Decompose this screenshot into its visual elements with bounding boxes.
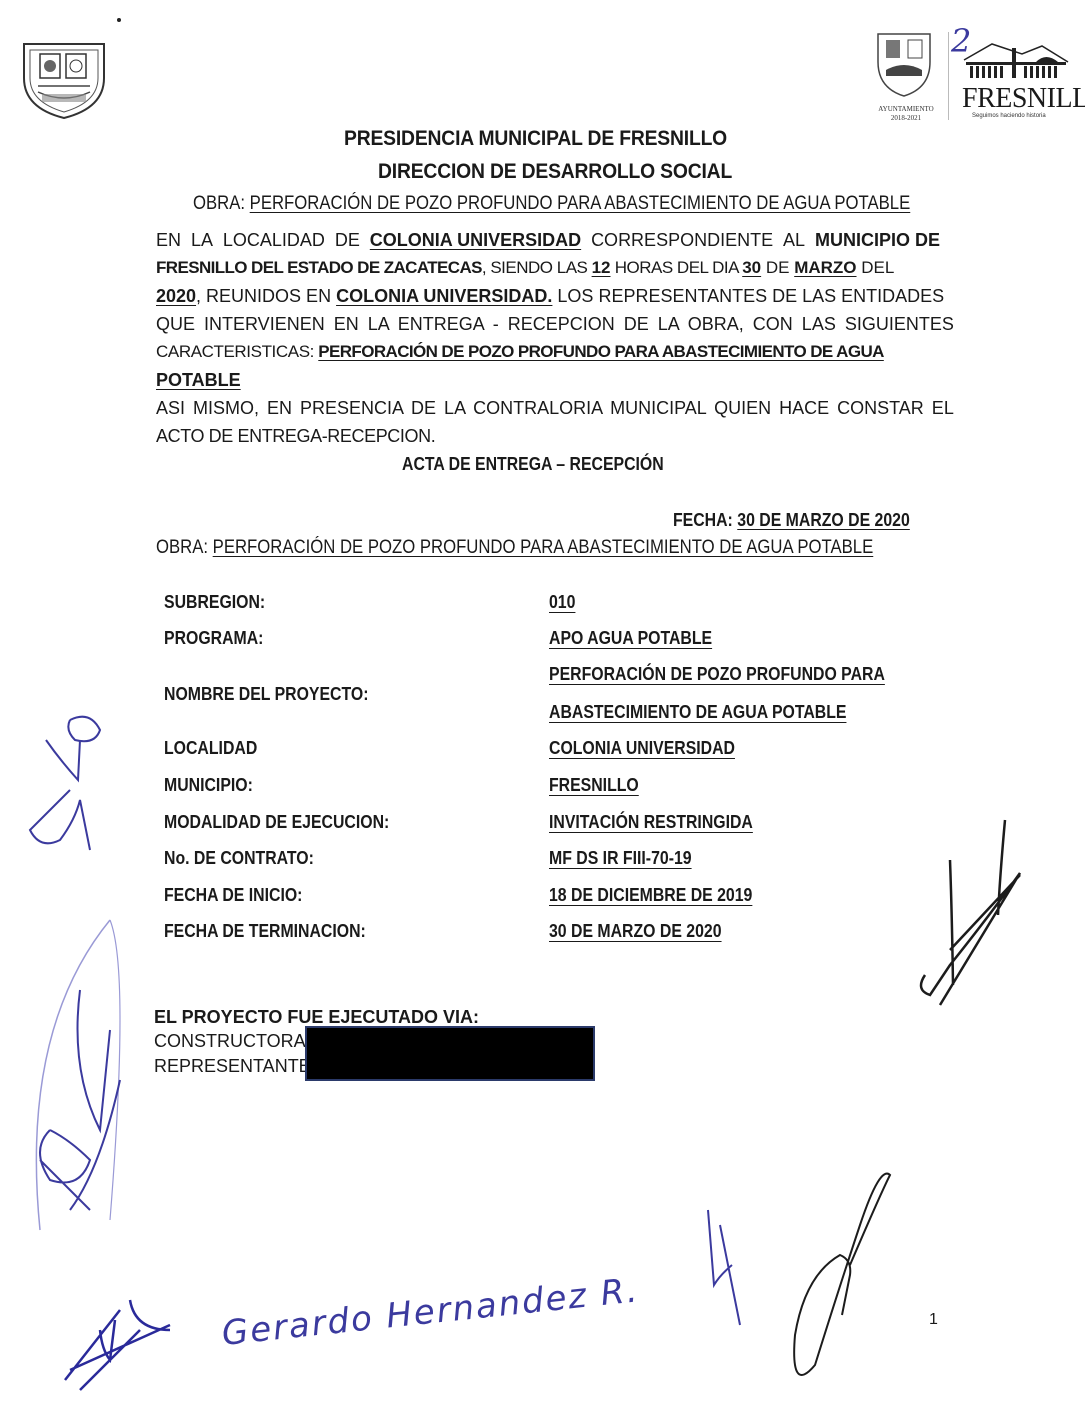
nombre-proyecto-value-line1: PERFORACIÓN DE POZO PROFUNDO PARA bbox=[549, 664, 885, 685]
signature-right bbox=[910, 815, 1040, 1030]
text: CORRESPONDIENTE bbox=[591, 226, 773, 254]
fecha-row: FECHA: 30 DE MARZO DE 2020 bbox=[673, 510, 910, 531]
constructora-label: CONSTRUCTORA: bbox=[154, 1031, 311, 1052]
municipal-seal-right: AYUNTAMIENTO 2018-2021 bbox=[874, 30, 944, 126]
modalidad-value: INVITACIÓN RESTRINGIDA bbox=[549, 812, 753, 833]
signature-icon bbox=[60, 1290, 180, 1400]
building-skyline-icon bbox=[962, 40, 1070, 80]
signature-initial-4 bbox=[700, 1205, 740, 1330]
fecha-value: 30 DE MARZO DE 2020 bbox=[737, 510, 910, 530]
text: DE bbox=[335, 226, 360, 254]
municipal-seal-left bbox=[18, 38, 110, 120]
signature-icon bbox=[910, 815, 1040, 1025]
nombre-proyecto-value-line2: ABASTECIMIENTO DE AGUA POTABLE bbox=[549, 702, 846, 723]
fecha-terminacion-label: FECHA DE TERMINACION: bbox=[164, 921, 366, 942]
vertical-divider bbox=[948, 32, 949, 120]
characteristics-highlight: POTABLE bbox=[156, 366, 241, 394]
month-value: MARZO bbox=[794, 254, 856, 282]
seal-caption: AYUNTAMIENTO 2018-2021 bbox=[874, 105, 938, 123]
text: LA bbox=[191, 226, 213, 254]
fecha-label: FECHA: bbox=[673, 510, 733, 530]
signature-icon bbox=[700, 1205, 740, 1325]
day-value: 30 bbox=[742, 254, 761, 282]
intro-row: 2020 , REUNIDOS EN COLONIA UNIVERSIDAD. … bbox=[156, 282, 940, 310]
hour-value: 12 bbox=[592, 254, 611, 282]
intro-row: QUE INTERVIENEN EN LA ENTREGA - RECEPCIO… bbox=[156, 310, 940, 338]
subregion-label: SUBREGION: bbox=[164, 592, 265, 613]
page-number: 1 bbox=[929, 1311, 938, 1329]
signature-left-bottom bbox=[10, 910, 150, 1245]
text: HORAS DEL DIA bbox=[611, 254, 743, 282]
text: DE bbox=[761, 254, 794, 282]
fresnillo-logo: FRESNILLO Seguimos haciendo historia bbox=[962, 40, 1077, 120]
signature-left-top bbox=[20, 700, 100, 865]
estado-highlight: FRESNILLO DEL ESTADO DE ZACATECAS bbox=[156, 254, 482, 282]
obra-heading: OBRA: PERFORACIÓN DE POZO PROFUNDO PARA … bbox=[193, 193, 910, 215]
text: LOS REPRESENTANTES DE LAS ENTIDADES bbox=[552, 282, 944, 310]
localidad-value: COLONIA UNIVERSIDAD bbox=[549, 738, 735, 759]
text: CARACTERISTICAS: bbox=[156, 338, 318, 366]
intro-row: FRESNILLO DEL ESTADO DE ZACATECAS , SIEN… bbox=[156, 254, 940, 282]
scan-speck bbox=[117, 18, 121, 22]
programa-label: PROGRAMA: bbox=[164, 628, 263, 649]
signature-icon bbox=[770, 1165, 900, 1385]
fecha-inicio-value: 18 DE DICIEMBRE DE 2019 bbox=[549, 885, 752, 906]
text: LOCALIDAD bbox=[223, 226, 325, 254]
text: DEL bbox=[857, 254, 895, 282]
text: ACTO DE ENTREGA-RECEPCION. bbox=[156, 422, 435, 450]
obra-row: OBRA: PERFORACIÓN DE POZO PROFUNDO PARA … bbox=[156, 537, 873, 559]
localidad-highlight: COLONIA UNIVERSIDAD bbox=[370, 226, 581, 254]
characteristics-highlight: PERFORACIÓN DE POZO PROFUNDO PARA ABASTE… bbox=[318, 338, 884, 366]
obra-value: PERFORACIÓN DE POZO PROFUNDO PARA ABASTE… bbox=[213, 537, 874, 558]
obra-label: OBRA: bbox=[193, 193, 245, 214]
intro-row: ACTO DE ENTREGA-RECEPCION. bbox=[156, 422, 940, 450]
text: QUE INTERVIENEN EN LA ENTREGA - RECEPCIO… bbox=[156, 310, 954, 338]
intro-row: ASI MISMO, EN PRESENCIA DE LA CONTRALORI… bbox=[156, 394, 940, 422]
ejecucion-heading: EL PROYECTO FUE EJECUTADO VIA: bbox=[154, 1007, 479, 1028]
text: EN bbox=[156, 226, 181, 254]
text: AL bbox=[783, 226, 805, 254]
signature-icon bbox=[10, 910, 150, 1240]
seal-emblem-icon bbox=[18, 38, 110, 120]
nombre-proyecto-label: NOMBRE DEL PROYECTO: bbox=[164, 684, 368, 705]
signature-bottom-left bbox=[60, 1290, 180, 1405]
fecha-inicio-label: FECHA DE INICIO: bbox=[164, 885, 302, 906]
intro-row: EN LA LOCALIDAD DE COLONIA UNIVERSIDAD C… bbox=[156, 226, 940, 254]
redaction-box bbox=[305, 1026, 595, 1081]
representante-label: REPRESENTANTE bbox=[154, 1056, 311, 1077]
signature-icon bbox=[20, 700, 100, 860]
year-value: 2020 bbox=[156, 282, 196, 310]
intro-row: POTABLE bbox=[156, 366, 940, 394]
page-title: PRESIDENCIA MUNICIPAL DE FRESNILLO bbox=[344, 127, 727, 151]
subregion-value: 010 bbox=[549, 592, 575, 613]
handwritten-name: Gerardo Hernandez R. bbox=[220, 1270, 641, 1354]
intro-paragraph: EN LA LOCALIDAD DE COLONIA UNIVERSIDAD C… bbox=[156, 226, 940, 450]
page-subtitle: DIRECCION DE DESARROLLO SOCIAL bbox=[378, 160, 732, 184]
signature-loop bbox=[770, 1165, 900, 1390]
acta-title: ACTA DE ENTREGA – RECEPCIÓN bbox=[402, 454, 664, 475]
place-highlight: COLONIA UNIVERSIDAD. bbox=[336, 282, 552, 310]
programa-value: APO AGUA POTABLE bbox=[549, 628, 712, 649]
municipio-label: MUNICIPIO: bbox=[164, 775, 253, 796]
modalidad-label: MODALIDAD DE EJECUCION: bbox=[164, 812, 389, 833]
localidad-label: LOCALIDAD bbox=[164, 738, 257, 759]
seal-emblem-icon bbox=[874, 30, 934, 100]
brand-name: FRESNILLO bbox=[962, 85, 1077, 113]
municipio-highlight: MUNICIPIO DE bbox=[815, 226, 940, 254]
intro-row: CARACTERISTICAS: PERFORACIÓN DE POZO PRO… bbox=[156, 338, 940, 366]
text: , REUNIDOS EN bbox=[196, 282, 336, 310]
fecha-terminacion-value: 30 DE MARZO DE 2020 bbox=[549, 921, 722, 942]
text: ASI MISMO, EN PRESENCIA DE LA CONTRALORI… bbox=[156, 394, 954, 422]
obra-label: OBRA: bbox=[156, 537, 208, 558]
contrato-value: MF DS IR FIII-70-19 bbox=[549, 848, 692, 869]
contrato-label: No. DE CONTRATO: bbox=[164, 848, 314, 869]
obra-value: PERFORACIÓN DE POZO PROFUNDO PARA ABASTE… bbox=[250, 193, 911, 214]
text: , SIENDO LAS bbox=[482, 254, 592, 282]
municipio-value: FRESNILLO bbox=[549, 775, 639, 796]
